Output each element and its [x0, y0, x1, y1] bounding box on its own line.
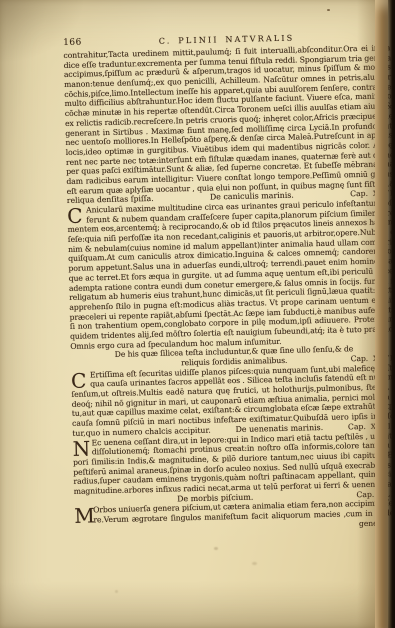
- drop-cap: C: [71, 371, 87, 389]
- paper-speck: [115, 590, 118, 593]
- drop-cap: N: [72, 439, 90, 457]
- chapter-paragraph: CAnicularū maxime multitudine circa eas …: [67, 198, 395, 351]
- page-content: 166 C. PLINII NATVRALIS contrahitur,Tact…: [63, 29, 395, 535]
- text-block: contrahitur,Tacta uredinem mittit,paulum…: [63, 43, 395, 535]
- drop-cap: M: [74, 507, 95, 525]
- book-page-edges: [375, 0, 388, 628]
- chapter-paragraph: CErtiſſima eſt ſecuritas uidiſſe planos …: [71, 363, 395, 429]
- page-gutter-shading: [357, 0, 375, 628]
- bottom-shading: [0, 582, 395, 628]
- chapter-paragraph: NEc uenena ceſſant dira,ut in lepore:qui…: [72, 431, 395, 497]
- book-page-scan: 166 C. PLINII NATVRALIS contrahitur,Tact…: [0, 0, 395, 628]
- paper-speck: [327, 9, 330, 11]
- paper-speck: [214, 547, 218, 550]
- drop-cap: C: [67, 207, 83, 225]
- paper-speck: [252, 562, 257, 565]
- paragraph: contrahitur,Tacta uredinem mittit,paulum…: [63, 43, 393, 196]
- book-edge-dark: [388, 0, 395, 628]
